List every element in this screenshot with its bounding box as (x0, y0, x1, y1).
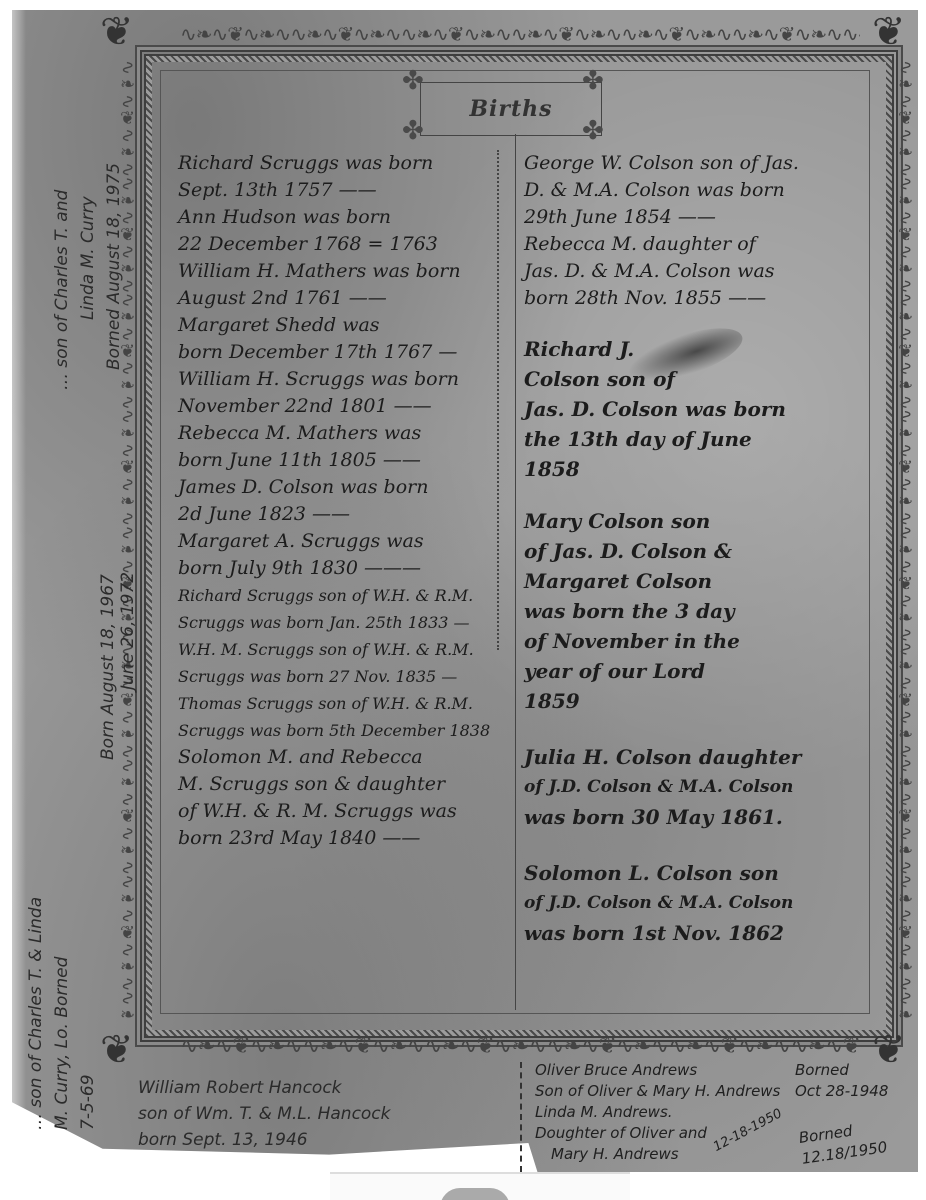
birth-entry: Margaret A. Scruggs was born July 9th 18… (178, 528, 508, 582)
clover-icon: ✤ (402, 118, 424, 144)
entry-line: Richard Scruggs son of W.H. & R.M. (178, 582, 508, 609)
entry-line: August 2nd 1761 —— (178, 285, 508, 312)
births-right-column: George W. Colson son of Jas. D. & M.A. C… (524, 150, 874, 948)
clover-icon: ✤ (402, 68, 424, 94)
note-line: son of Wm. T. & M.L. Hancock (138, 1101, 498, 1127)
birth-entry: Thomas Scruggs son of W.H. & R.M. Scrugg… (178, 690, 508, 744)
entry-line: 29th June 1854 —— (524, 204, 874, 231)
entry-line: D. & M.A. Colson was born (524, 177, 874, 204)
note-line: William Robert Hancock (138, 1075, 498, 1101)
margin-line: Borned August 18, 1975 (104, 163, 124, 370)
entry-line: born 28th Nov. 1855 —— (524, 285, 874, 312)
entry-line: Julia H. Colson daughter (524, 742, 874, 772)
entry-line: Mary Colson son (524, 506, 874, 536)
entry-line: William H. Mathers was born (178, 258, 508, 285)
born-label: Borned (795, 1060, 888, 1081)
entry-line: William H. Scruggs was born (178, 366, 508, 393)
corner-fleur-icon-top-right: ❦ (872, 12, 906, 52)
entry-line: Rebecca M. Mathers was (178, 420, 508, 447)
margin-line: June 26, 1972 (118, 572, 138, 690)
entry-line: year of our Lord (524, 656, 874, 686)
birth-entry: Rebecca M. Mathers was born June 11th 18… (178, 420, 508, 474)
entry-line: Jas. D. & M.A. Colson was (524, 258, 874, 285)
margin-line: Born August 18, 1967 (98, 574, 118, 760)
top-scrollwork-ornament: ∿❧∿❦∿❧∿∿❧∿❦∿❧∿∿❧∿❦∿❧∿∿❧∿❦∿❧∿∿❧∿❦∿❧∿∿❧∿❦∿… (180, 22, 860, 46)
entry-line: of J.D. Colson & M.A. Colson (524, 772, 874, 802)
entry-line: Scruggs was born Jan. 25th 1833 — (178, 609, 508, 636)
entry-line: November 22nd 1801 —— (178, 393, 508, 420)
bottom-note-hancock: William Robert Hancock son of Wm. T. & M… (138, 1075, 498, 1153)
birth-entry: Ann Hudson was born 22 December 1768 = 1… (178, 204, 508, 258)
birth-entry: Richard Scruggs was born Sept. 13th 1757… (178, 150, 508, 204)
entry-line: 2d June 1823 —— (178, 501, 508, 528)
birth-entry: Mary Colson son of Jas. D. Colson & Marg… (524, 506, 874, 716)
margin-line: … son of Charles T. and (52, 190, 72, 390)
birth-entry: Margaret Shedd was born December 17th 17… (178, 312, 508, 366)
entry-line: 1858 (524, 454, 874, 484)
born-date: Oct 28-1948 (795, 1081, 888, 1102)
margin-line: … son of Charles T. & Linda (26, 897, 46, 1130)
birth-entry: Solomon L. Colson son of J.D. Colson & M… (524, 858, 874, 948)
entry-line: of J.D. Colson & M.A. Colson (524, 888, 874, 918)
entry-line: 22 December 1768 = 1763 (178, 231, 508, 258)
entry-line: 1859 (524, 686, 874, 716)
scanner-clip (440, 1188, 510, 1200)
margin-line: 7-5-69 (78, 1074, 98, 1130)
entry-line: Ann Hudson was born (178, 204, 508, 231)
margin-notes-curry: … son of Charles T. and Linda M. Curry B… (22, 70, 132, 1170)
entry-line: Richard Scruggs was born (178, 150, 508, 177)
entry-line: Jas. D. Colson was born (524, 394, 874, 424)
birth-entry: Solomon M. and Rebecca M. Scruggs son & … (178, 744, 508, 852)
birth-entry: W.H. M. Scruggs son of W.H. & R.M. Scrug… (178, 636, 508, 690)
entry-line: Sept. 13th 1757 —— (178, 177, 508, 204)
entry-line: born December 17th 1767 — (178, 339, 508, 366)
margin-line: Linda M. Curry (78, 196, 98, 320)
entry-line: M. Scruggs son & daughter (178, 771, 508, 798)
entry-line: Margaret Colson (524, 566, 874, 596)
entry-line: James D. Colson was born (178, 474, 508, 501)
entry-line: Solomon L. Colson son (524, 858, 874, 888)
margin-line: M. Curry, Lo. Borned (52, 957, 72, 1130)
clover-icon: ✤ (582, 118, 604, 144)
entry-line: of November in the (524, 626, 874, 656)
births-left-column: Richard Scruggs was born Sept. 13th 1757… (178, 150, 508, 852)
birth-entry: Richard Scruggs son of W.H. & R.M. Scrug… (178, 582, 508, 636)
bottom-dashed-divider (520, 1062, 522, 1172)
column-divider (515, 134, 516, 1010)
bottom-note-andrews: Oliver Bruce Andrews Son of Oliver & Mar… (535, 1060, 915, 1165)
born-date-oliver: Borned Oct 28-1948 (795, 1060, 888, 1102)
entry-line: was born 30 May 1861. (524, 802, 874, 832)
entry-line: was born 1st Nov. 1862 (524, 918, 874, 948)
entry-line: the 13th day of June (524, 424, 874, 454)
right-scrollwork-ornament: ∿❧∿❦∿❧∿∿❧∿❦∿❧∿∿❧∿❦∿❧∿∿❧∿❦∿❧∿∿❧∿❦∿❧∿∿❧∿❦∿… (888, 60, 916, 1020)
entry-line: born June 11th 1805 —— (178, 447, 508, 474)
entry-line: George W. Colson son of Jas. (524, 150, 874, 177)
entry-line: born 23rd May 1840 —— (178, 825, 508, 852)
entry-line: was born the 3 day (524, 596, 874, 626)
birth-entry: William H. Mathers was born August 2nd 1… (178, 258, 508, 312)
birth-entry: James D. Colson was born 2d June 1823 —— (178, 474, 508, 528)
birth-entry: Julia H. Colson daughter of J.D. Colson … (524, 742, 874, 832)
entry-line: Scruggs was born 5th December 1838 (178, 717, 508, 744)
birth-entry: Rebecca M. daughter of Jas. D. & M.A. Co… (524, 231, 874, 312)
entry-line: of W.H. & R. M. Scruggs was (178, 798, 508, 825)
entry-line: Margaret Shedd was (178, 312, 508, 339)
entry-line: W.H. M. Scruggs son of W.H. & R.M. (178, 636, 508, 663)
entry-line: of Jas. D. Colson & (524, 536, 874, 566)
birth-entry: William H. Scruggs was born November 22n… (178, 366, 508, 420)
title-cartouche: Births (420, 82, 602, 136)
page-title: Births (469, 96, 552, 122)
entry-line: Scruggs was born 27 Nov. 1835 — (178, 663, 508, 690)
clover-icon: ✤ (582, 68, 604, 94)
corner-fleur-icon-top-left: ❦ (100, 12, 134, 52)
entry-line: Rebecca M. daughter of (524, 231, 874, 258)
entry-line: Margaret A. Scruggs was (178, 528, 508, 555)
entry-line: Solomon M. and Rebecca (178, 744, 508, 771)
note-line: born Sept. 13, 1946 (138, 1127, 498, 1153)
entry-line: born July 9th 1830 ——— (178, 555, 508, 582)
birth-entry: George W. Colson son of Jas. D. & M.A. C… (524, 150, 874, 231)
entry-line: Thomas Scruggs son of W.H. & R.M. (178, 690, 508, 717)
